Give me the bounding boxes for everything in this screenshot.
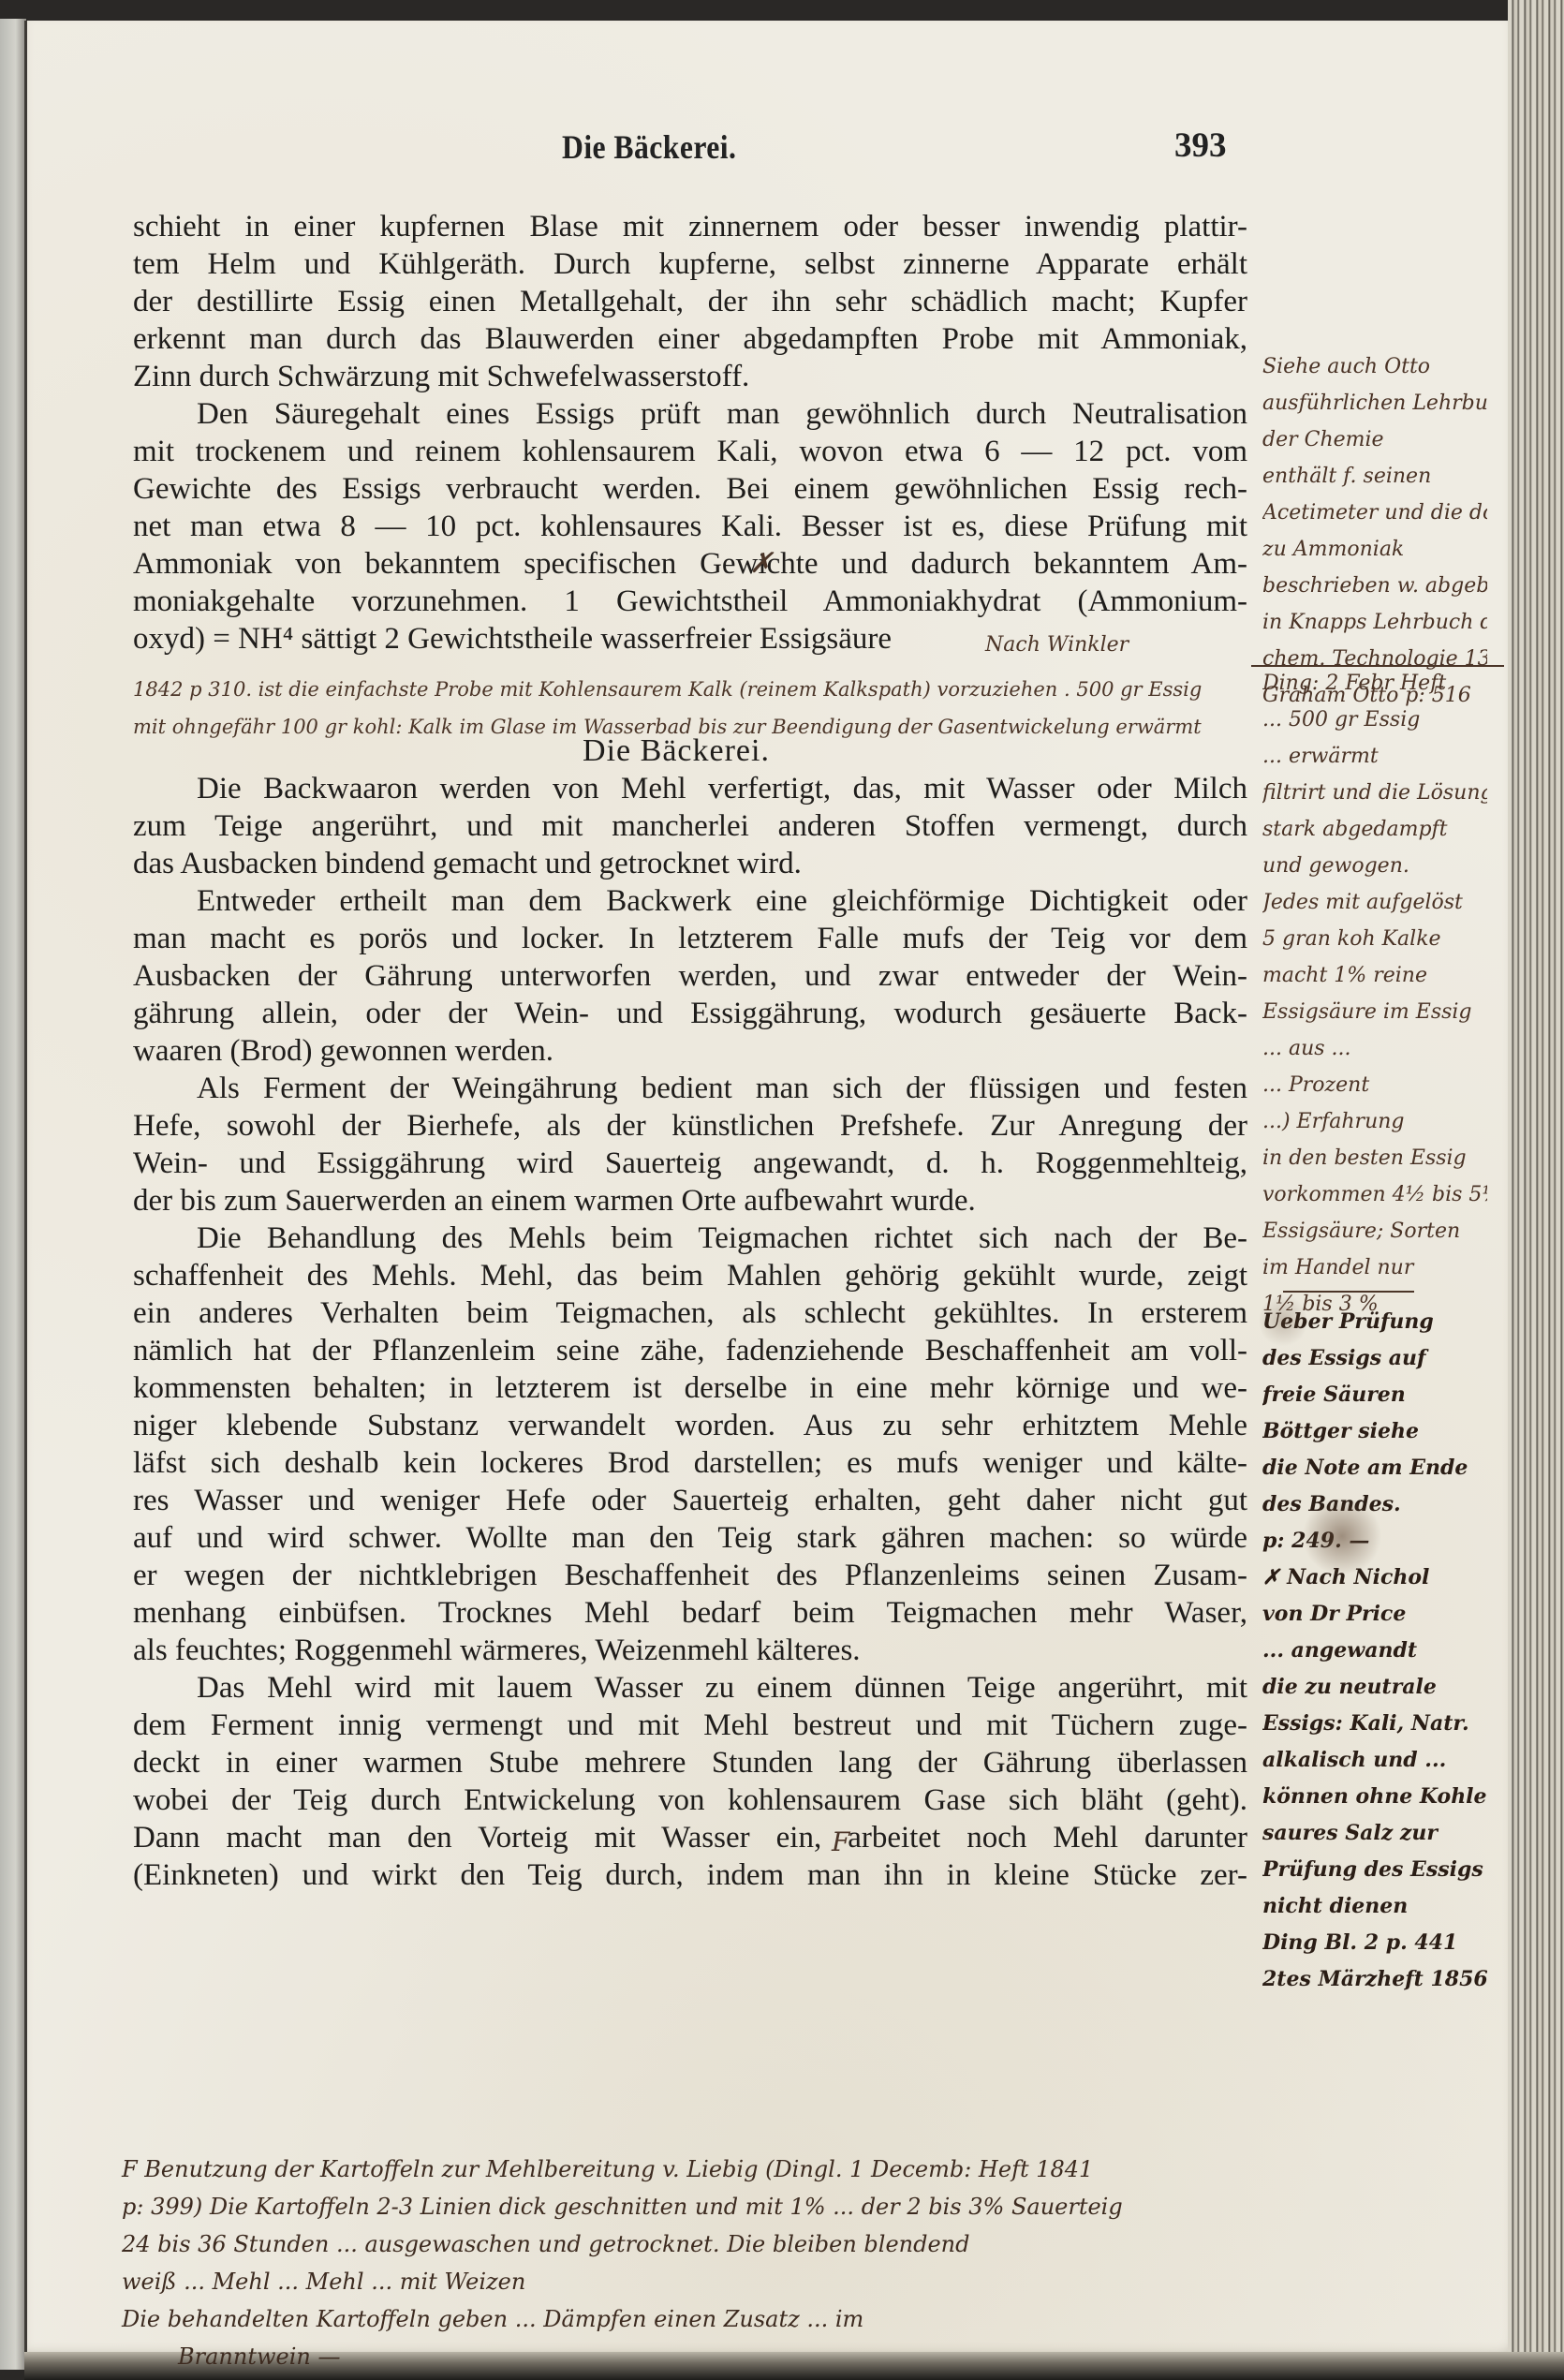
text-line: menhang einbüfsen. Trocknes Mehl bedarf …: [133, 1594, 1247, 1632]
margin-line: des Essigs auf: [1262, 1340, 1487, 1377]
margin-line: Acetimeter und die dort: [1262, 495, 1487, 531]
margin-line: im Handel nur: [1262, 1249, 1487, 1286]
margin-line: Essigs: Kali, Natr.: [1262, 1706, 1487, 1742]
text-line: Ammoniak von bekanntem specifischen Gewi…: [133, 545, 1247, 583]
margin-line: filtrirt und die Lösung: [1262, 775, 1487, 811]
text-line: er wegen der nichtklebrigen Beschaffenhe…: [133, 1557, 1247, 1594]
bottom-note-line: Branntwein —: [122, 2338, 1527, 2375]
margin-line: Böttger siehe: [1262, 1413, 1487, 1450]
adjacent-page-edge: [0, 19, 26, 2370]
margin-line: ausführlichen Lehrbuch: [1262, 385, 1487, 421]
ink-stain: [1300, 1499, 1384, 1574]
text-line: Dann macht man den Vorteig mit Wasser ei…: [133, 1819, 1247, 1856]
margin-line: ... angewandt: [1262, 1633, 1487, 1669]
inline-annotation-row-2: mit ohngefähr 100 gr kohl: Kalk im Glase…: [133, 716, 1202, 738]
asterisk-marker-icon: ✗: [749, 547, 773, 580]
text-line: Gewichte des Essigs verbraucht werden. B…: [133, 470, 1247, 508]
footnote-marker-icon: F: [832, 1826, 849, 1857]
text-line: dem Ferment innig vermengt und mit Mehl …: [133, 1707, 1247, 1744]
margin-line: 5 gran koh Kalke: [1262, 921, 1487, 957]
text-line: Wein- und Essiggährung wird Sauerteig an…: [133, 1145, 1247, 1182]
text-line: schieht in einer kupfernen Blase mit zin…: [133, 208, 1247, 245]
margin-line: beschrieben w. abgebildet: [1262, 568, 1487, 604]
margin-line: alkalisch und ...: [1262, 1742, 1487, 1779]
margin-line: ... Prozent: [1262, 1067, 1487, 1103]
text-line: ein anderes Verhalten beim Teigmachen, a…: [133, 1294, 1247, 1332]
margin-note-boettger: Ueber Prüfung des Essigs auf freie Säure…: [1262, 1304, 1487, 1998]
margin-line: ... aus ...: [1262, 1030, 1487, 1067]
margin-line: die zu neutrale: [1262, 1669, 1487, 1706]
running-title: Die Bäckerei.: [562, 127, 736, 167]
margin-line: und gewogen.: [1262, 848, 1487, 884]
margin-line: Jedes mit aufgelöst: [1262, 884, 1487, 921]
bottom-note-line: weiß ... Mehl ... Mehl ... mit Weizen: [122, 2263, 1527, 2300]
section-heading: Die Bäckerei.: [133, 732, 1247, 770]
margin-line: vorkommen 4½ bis 5½ %: [1262, 1176, 1487, 1213]
text-line: res Wasser und weniger Hefe oder Sauerte…: [133, 1482, 1247, 1519]
inline-annotation-winkler: Nach Winkler: [985, 633, 1129, 657]
margin-line: Ding: 2 Febr Heft: [1262, 665, 1487, 702]
margin-line: saures Salz zur: [1262, 1815, 1487, 1852]
inline-annotation-row-1: 1842 p 310. ist die einfachste Probe mit…: [133, 678, 1202, 701]
text-line: Entweder ertheilt man dem Backwerk eine …: [133, 882, 1247, 920]
text-line: Die Behandlung des Mehls beim Teigmachen…: [133, 1220, 1247, 1257]
text-line: Als Ferment der Weingährung bedient man …: [133, 1070, 1247, 1107]
text-line: waaren (Brod) gewonnen werden.: [133, 1032, 1247, 1070]
text-line: als feuchtes; Roggenmehl wärmeres, Weize…: [133, 1632, 1247, 1669]
text-line: läfst sich deshalb kein lockeres Brod da…: [133, 1444, 1247, 1482]
text-line: erkennt man durch das Blauwerden einer a…: [133, 320, 1247, 358]
margin-line: ...) Erfahrung: [1262, 1103, 1487, 1140]
margin-divider: [1283, 1291, 1414, 1293]
margin-line: die Note am Ende: [1262, 1450, 1487, 1486]
page-number: 393: [1174, 126, 1227, 166]
text-line: deckt in einer warmen Stube mehrere Stun…: [133, 1744, 1247, 1781]
text-line: man macht es porös und locker. In letzte…: [133, 920, 1247, 957]
margin-line: Essigsäure im Essig: [1262, 994, 1487, 1030]
margin-line: Siehe auch Otto: [1262, 348, 1487, 385]
margin-line: enthält f. seinen: [1262, 458, 1487, 495]
margin-line: Essigsäure; Sorten: [1262, 1213, 1487, 1249]
text-line: net man etwa 8 — 10 pct. kohlensaures Ka…: [133, 508, 1247, 545]
page-edges-stack: [1508, 0, 1564, 2379]
bottom-note-line: 24 bis 36 Stunden ... ausgewaschen und g…: [122, 2225, 1527, 2263]
text-line: kommensten behalten; in letzterem ist de…: [133, 1369, 1247, 1407]
margin-note-otto: Siehe auch Otto ausführlichen Lehrbuch d…: [1262, 348, 1487, 714]
margin-line: in Knapps Lehrbuch der: [1262, 604, 1487, 641]
text-line: zum Teige angerührt, und mit mancherlei …: [133, 807, 1247, 845]
margin-line: Prüfung des Essigs: [1262, 1852, 1487, 1888]
text-line: Zinn durch Schwärzung mit Schwefelwasser…: [133, 358, 1247, 395]
text-line: auf und wird schwer. Wollte man den Teig…: [133, 1519, 1247, 1557]
bottom-handwritten-note: F Benutzung der Kartoffeln zur Mehlberei…: [122, 2151, 1527, 2375]
margin-line: in den besten Essig: [1262, 1140, 1487, 1176]
text-line: Die Backwaaron werden von Mehl verfertig…: [133, 770, 1247, 807]
text-line: das Ausbacken bindend gemacht und getroc…: [133, 845, 1247, 882]
text-line: mit trockenem und reinem kohlensaurem Ka…: [133, 433, 1247, 470]
margin-line: können ohne Kohlen: [1262, 1779, 1487, 1815]
text-line: Den Säuregehalt eines Essigs prüft man g…: [133, 395, 1247, 433]
bottom-note-line: p: 399) Die Kartoffeln 2-3 Linien dick g…: [122, 2188, 1527, 2225]
text-line: nämlich hat der Pflanzenleim seine zähe,…: [133, 1332, 1247, 1369]
margin-line: ... erwärmt: [1262, 738, 1487, 775]
text-line: gährung allein, oder der Wein- und Essig…: [133, 995, 1247, 1032]
margin-line: ... 500 gr Essig: [1262, 702, 1487, 738]
margin-line: stark abgedampft: [1262, 811, 1487, 848]
text-line: Das Mehl wird mit lauem Wasser zu einem …: [133, 1669, 1247, 1707]
margin-line: freie Säuren: [1262, 1377, 1487, 1413]
body-text: schieht in einer kupfernen Blase mit zin…: [133, 208, 1247, 1894]
margin-line: ✗ Nach Nichol: [1262, 1560, 1487, 1596]
margin-line: Ding Bl. 2 p. 441: [1262, 1925, 1487, 1961]
margin-line: von Dr Price: [1262, 1596, 1487, 1633]
bottom-note-line: F Benutzung der Kartoffeln zur Mehlberei…: [122, 2151, 1527, 2188]
margin-line: 2tes Märzheft 1856.: [1262, 1961, 1487, 1998]
text-line: moniakgehalte vorzunehmen. 1 Gewichtsthe…: [133, 583, 1247, 620]
margin-note-winkler: Ding: 2 Febr Heft ... 500 gr Essig ... e…: [1262, 665, 1487, 1323]
text-line: der destillirte Essig einen Metallgehalt…: [133, 283, 1247, 320]
bottom-note-line: Die behandelten Kartoffeln geben ... Däm…: [122, 2300, 1527, 2338]
text-line: (Einkneten) und wirkt den Teig durch, in…: [133, 1856, 1247, 1894]
margin-line: nicht dienen: [1262, 1888, 1487, 1925]
text-line: Hefe, sowohl der Bierhefe, als der künst…: [133, 1107, 1247, 1145]
text-line: wobei der Teig durch Entwickelung von ko…: [133, 1781, 1247, 1819]
ink-stain: [1260, 1293, 1306, 1349]
text-line: schaffenheit des Mehls. Mehl, das beim M…: [133, 1257, 1247, 1294]
margin-line: der Chemie: [1262, 421, 1487, 458]
margin-line: macht 1% reine: [1262, 957, 1487, 994]
text-line: Ausbacken der Gährung unterworfen werden…: [133, 957, 1247, 995]
text-line: niger klebende Substanz verwandelt worde…: [133, 1407, 1247, 1444]
text-line: der bis zum Sauerwerden an einem warmen …: [133, 1182, 1247, 1220]
text-line: tem Helm und Kühlgeräth. Durch kupferne,…: [133, 245, 1247, 283]
margin-line: zu Ammoniak: [1262, 531, 1487, 568]
